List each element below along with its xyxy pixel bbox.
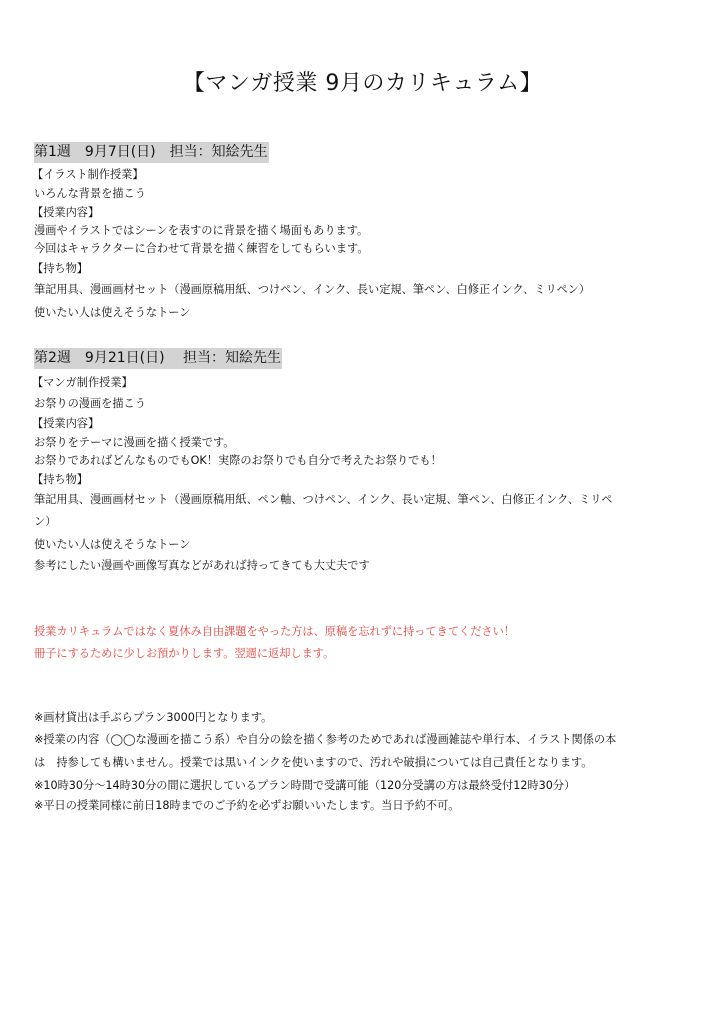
notice-line: 冊子にするために少しお預かりします。翌週に返却します。 xyxy=(34,646,334,662)
note-line: ※平日の授業同様に前日18時までのご予約を必ずお願いいたします。当日予約不可。 xyxy=(34,798,459,814)
week-2-header: 第2週 9月21日(日) 担当：知絵先生 xyxy=(34,348,282,369)
week-1-header: 第1週 9月7日(日) 担当：知絵先生 xyxy=(34,142,269,163)
week-2-items-label: 【持ち物】 xyxy=(32,472,88,488)
week-2-content-label: 【授業内容】 xyxy=(32,416,99,432)
document-title: 【マンガ授業 9月のカリキュラム】 xyxy=(0,68,725,100)
week-1-content-line: 漫画やイラストではシーンを表すのに背景を描く場面もあります。 xyxy=(34,223,368,239)
week-1-content-label: 【授業内容】 xyxy=(32,205,99,221)
week-1-theme: いろんな背景を描こう xyxy=(34,186,146,202)
week-2-items-line: 使いたい人は使えそうなトーン xyxy=(34,537,190,553)
week-2-items-line: 筆記用具、漫画画材セット（漫画原稿用紙、ペン軸、つけペン、インク、長い定規、筆ペ… xyxy=(34,492,612,508)
week-2-category-label: 【マンガ制作授業】 xyxy=(32,375,133,391)
note-line: ※授業の内容（◯◯な漫画を描こう系）や自分の絵を描く参考のためであれば漫画雑誌や… xyxy=(34,732,616,748)
notice-line: 授業カリキュラムではなく夏休み自由課題をやった方は、原稿を忘れずに持ってきてくだ… xyxy=(34,624,515,640)
week-1-items-line: 筆記用具、漫画画材セット（漫画原稿用紙、つけペン、インク、長い定規、筆ペン、白修… xyxy=(34,282,590,298)
week-2-theme: お祭りの漫画を描こう xyxy=(34,396,146,412)
week-2-items-line: ン） xyxy=(34,514,56,530)
week-2-content-line: お祭りであればどんなものでもOK！実際のお祭りでも自分で考えたお祭りでも！ xyxy=(34,453,442,469)
week-1-category-label: 【イラスト制作授業】 xyxy=(32,167,144,183)
week-1-items-line: 使いたい人は使えそうなトーン xyxy=(34,305,190,321)
note-line: ※画材貸出は手ぶらプラン3000円となります。 xyxy=(34,710,272,726)
week-1-content-line: 今回はキャラクターに合わせて背景を描く練習をしてもらいます。 xyxy=(34,241,369,257)
note-line: は 持参しても構いません。授業では黒いインクを使いますので、汚れや破損については… xyxy=(34,755,592,771)
week-1-items-label: 【持ち物】 xyxy=(32,261,88,277)
week-2-content-line: お祭りをテーマに漫画を描く授業です。 xyxy=(34,435,234,451)
note-line: ※10時30分～14時30分の間に選択しているプラン時間で受講可能（120分受講… xyxy=(34,778,575,794)
document-page: 【マンガ授業 9月のカリキュラム】 第1週 9月7日(日) 担当：知絵先生 【イ… xyxy=(0,0,725,1024)
week-2-items-line: 参考にしたい漫画や画像写真などがあれば持ってきても大丈夫です xyxy=(34,558,370,574)
